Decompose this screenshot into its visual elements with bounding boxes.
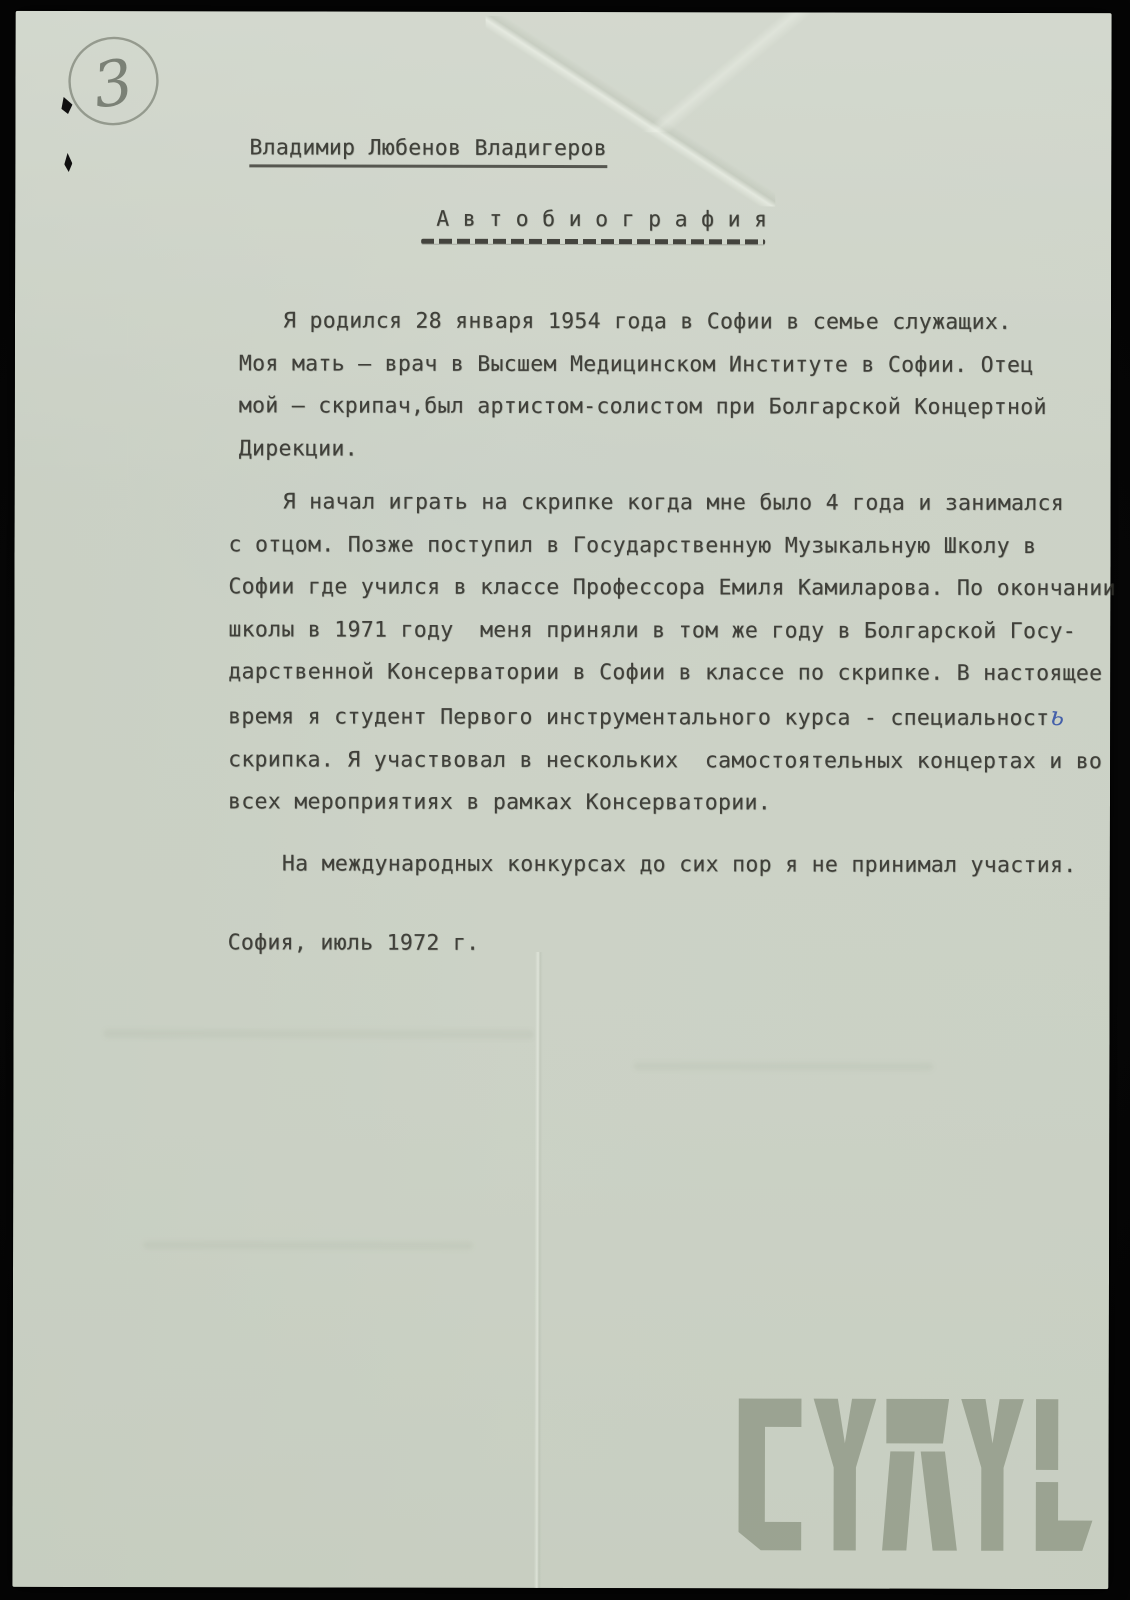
paper-crease-diagonal <box>485 16 775 207</box>
pencil-circled-page-number: 3 <box>53 25 193 150</box>
text-line: Моя мать – врач в Высшем Медицинском Инс… <box>239 343 1047 387</box>
paper-fold-vertical <box>532 952 543 1588</box>
ink-showthrough-smudge <box>633 1062 933 1071</box>
heading-dashed-underline <box>421 239 765 245</box>
text-line: всех мероприятиях в рамках Консерватории… <box>228 781 1115 825</box>
text-line: время я студент Первого инструментальног… <box>228 704 1049 731</box>
document-heading: А в т о б и о г р а ф и я <box>436 207 767 233</box>
text-line: На международных конкурсах до сих пор я … <box>228 843 1077 887</box>
text-line: скрипка. Я участвовал в нескольких самос… <box>228 739 1115 783</box>
text-line: Дирекции. <box>239 428 1047 472</box>
text-line: дарственной Консерватории в Софии в клас… <box>228 652 1115 696</box>
dateline: София, июль 1972 г. <box>228 930 480 956</box>
page-number: 3 <box>88 45 138 123</box>
ink-showthrough-smudge <box>104 1029 534 1039</box>
text-line: Я родился 28 января 1954 года в Софии в … <box>239 300 1047 344</box>
paragraph-education: Я начал играть на скрипке когда мне было… <box>228 481 1116 826</box>
document-page: 3 Владимир Любенов Владигеров А в т о б … <box>12 11 1111 1589</box>
text-line-with-handwritten-correction: время я студент Первого инструментальног… <box>228 694 1115 740</box>
ink-showthrough-smudge <box>143 1241 473 1250</box>
cyryl-watermark <box>736 1384 1096 1567</box>
text-line: с отцом. Позже поступил в Государственну… <box>228 524 1115 568</box>
document-author-title: Владимир Любенов Владигеров <box>249 135 607 168</box>
paragraph-competitions: На международных конкурсах до сих пор я … <box>228 843 1077 887</box>
paper-crease-top <box>635 12 815 132</box>
watermark-letters <box>738 1399 1092 1551</box>
text-line: школы в 1971 году меня приняли в том же … <box>228 609 1115 653</box>
paragraph-birth-family: Я родился 28 января 1954 года в Софии в … <box>239 300 1047 472</box>
text-line: Софии где учился в классе Профессора Еми… <box>228 566 1115 610</box>
scanned-document-background: 3 Владимир Любенов Владигеров А в т о б … <box>0 0 1130 1600</box>
text-line: мой – скрипач,был артистом-солистом при … <box>239 386 1047 430</box>
paper-tear-speck <box>64 153 72 172</box>
handwritten-blue-ink-letter: ь <box>1048 695 1067 739</box>
text-line: Я начал играть на скрипке когда мне было… <box>229 481 1116 525</box>
